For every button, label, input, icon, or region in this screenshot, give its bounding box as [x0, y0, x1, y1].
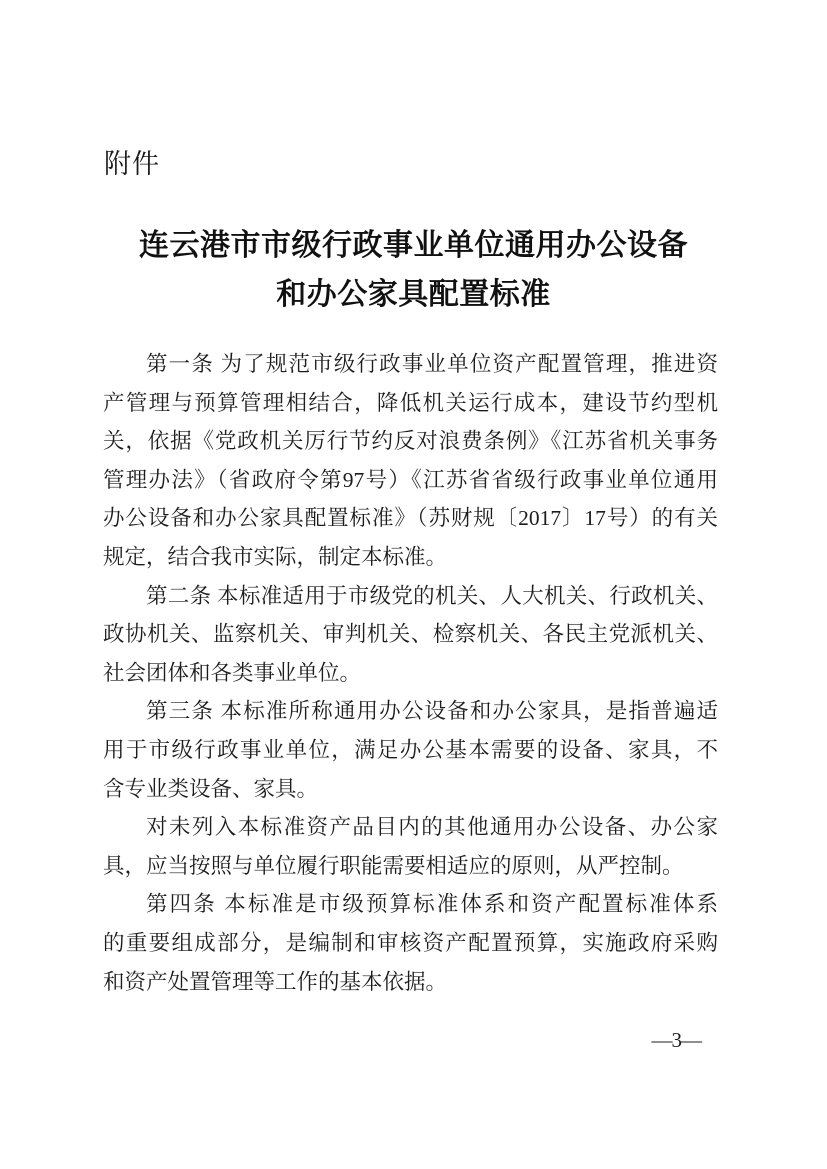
page-number: —3—: [652, 1029, 702, 1051]
attachment-label: 附件: [104, 150, 160, 180]
body-line: 办公设备和办公家具配置标准》（苏财规〔2017〕17号）的有关: [103, 499, 718, 538]
body-line: 第三条 本标准所称通用办公设备和办公家具，是指普遍适: [103, 692, 718, 731]
body-line: 用于市级行政事业单位，满足办公基本需要的设备、家具，不: [103, 731, 718, 770]
body-line: 第四条 本标准是市级预算标准体系和资产配置标准体系: [103, 885, 718, 924]
paragraph: 对未列入本标准资产品目内的其他通用办公设备、办公家具，应当按照与单位履行职能需要…: [103, 808, 718, 885]
body-line: 第二条 本标准适用于市级党的机关、人大机关、行政机关、: [103, 577, 718, 616]
document-title-line-2: 和办公家具配置标准: [0, 270, 827, 319]
paragraph: 第二条 本标准适用于市级党的机关、人大机关、行政机关、政协机关、监察机关、审判机…: [103, 577, 718, 693]
body-line: 社会团体和各类事业单位。: [103, 654, 718, 693]
body-line: 的重要组成部分，是编制和审核资产配置预算，实施政府采购: [103, 924, 718, 963]
body-line: 政协机关、监察机关、审判机关、检察机关、各民主党派机关、: [103, 615, 718, 654]
body-line: 对未列入本标准资产品目内的其他通用办公设备、办公家: [103, 808, 718, 847]
document-page: 附件 连云港市市级行政事业单位通用办公设备 和办公家具配置标准 第一条 为了规范…: [0, 0, 827, 1169]
body-line: 第一条 为了规范市级行政事业单位资产配置管理，推进资: [103, 345, 718, 384]
body-line: 关，依据《党政机关厉行节约反对浪费条例》《江苏省机关事务: [103, 422, 718, 461]
body-line: 和资产处置管理等工作的基本依据。: [103, 963, 718, 1002]
body-line: 具，应当按照与单位履行职能需要相适应的原则，从严控制。: [103, 847, 718, 886]
document-title-line-1: 连云港市市级行政事业单位通用办公设备: [0, 221, 827, 270]
body-line: 产管理与预算管理相结合，降低机关运行成本，建设节约型机: [103, 384, 718, 423]
paragraph: 第一条 为了规范市级行政事业单位资产配置管理，推进资产管理与预算管理相结合，降低…: [103, 345, 718, 577]
paragraph: 第四条 本标准是市级预算标准体系和资产配置标准体系的重要组成部分，是编制和审核资…: [103, 885, 718, 1001]
body-line: 规定，结合我市实际，制定本标准。: [103, 538, 718, 577]
document-body: 第一条 为了规范市级行政事业单位资产配置管理，推进资产管理与预算管理相结合，降低…: [103, 345, 718, 1001]
body-line: 管理办法》（省政府令第97号）《江苏省省级行政事业单位通用: [103, 461, 718, 500]
document-title: 连云港市市级行政事业单位通用办公设备 和办公家具配置标准: [0, 221, 827, 319]
paragraph: 第三条 本标准所称通用办公设备和办公家具，是指普遍适用于市级行政事业单位，满足办…: [103, 692, 718, 808]
body-line: 含专业类设备、家具。: [103, 770, 718, 809]
